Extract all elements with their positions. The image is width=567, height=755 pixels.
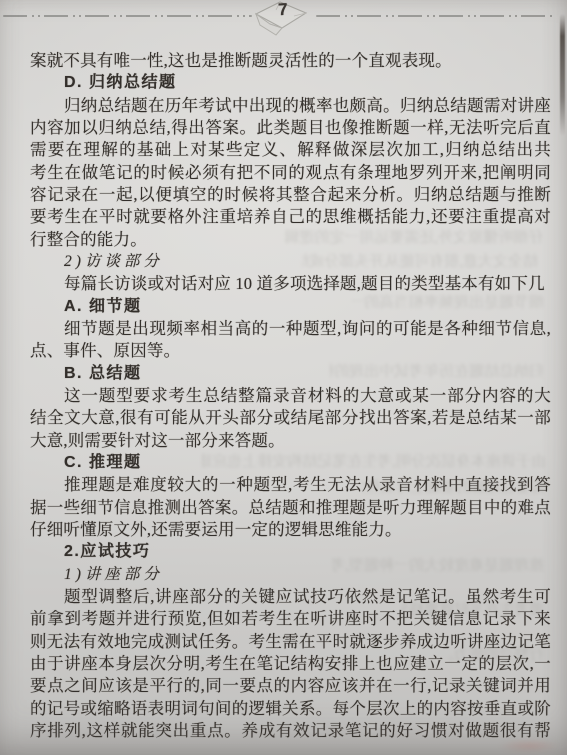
header-rule-left [3, 15, 252, 17]
text-line: 仔细听懂原文外,还需要运用一定的逻辑思维能力。 [30, 519, 551, 541]
text-line: C. 推理题 [30, 452, 551, 474]
text-line: 要点之间应该是平行的,同一要点的内容应该并在一行,记录关键词并用自己惯用 [30, 675, 551, 697]
text-line: 序排列,这样就能突出重点。养成有效记录笔记的好习惯对做题很有帮助,使考生 [30, 720, 551, 742]
text-line: 案就不具有唯一性,这也是推断题灵活性的一个直观表现。 [30, 50, 551, 72]
scanned-page: 7 案就不具有唯一性,这也是推断题灵活性的一个直观表现。D. 归纳总结题归纳总结… [0, 0, 567, 755]
scan-smudge [499, 739, 559, 753]
text-line: 由于讲座本身层次分明,考生在笔记结构安排上也应建立一定的层次,一般要点与 [30, 653, 551, 675]
text-line: 内容加以归纳总结,得出答案。此类题目也像推断题一样,无法听完后直接作答,而 [30, 117, 551, 139]
text-line: 容记录在一起,以便填空的时候将其整合起来分析。归纳总结题与推断题一样,需 [30, 184, 551, 206]
page-number-badge: 7 [250, 0, 314, 40]
text-line: B. 总结题 [30, 363, 551, 385]
text-line: 则无法有效地完成测试任务。考生需在平时就逐步养成边听讲座边记笔记的习惯。 [30, 631, 551, 653]
scan-edge-shadow [560, 14, 565, 136]
text-line: 需要在理解的基础上对某些定义、解释做深层次加工,归纳总结出共性。这就要求 [30, 139, 551, 161]
text-line: 的记号或缩略语表明词句间的逻辑关系。每个层次上的内容按垂直或阶梯式的顺 [30, 698, 551, 720]
text-line: 行整合的能力。 [30, 229, 551, 251]
text-line: 细节题是出现频率相当高的一种题型,询问的可能是各种细节信息,如时间、地 [30, 318, 551, 340]
text-line: 题型调整后,讲座部分的关键应试技巧依然是记笔记。虽然考生可以在听录音 [30, 586, 551, 608]
text-line: 1)讲座部分 [30, 564, 551, 586]
text-line: 每篇长访谈或对话对应 10 道多项选择题,题目的类型基本有如下几种: [30, 273, 551, 295]
text-line: 2)访谈部分 [30, 251, 551, 273]
page-body: 案就不具有唯一性,这也是推断题灵活性的一个直观表现。D. 归纳总结题归纳总结题在… [30, 50, 551, 742]
text-line: 归纳总结题在历年考试中出现的概率也颇高。归纳总结题需对讲座中的一段 [30, 95, 551, 117]
text-line: 推理题是难度较大的一种题型,考生无法从录音材料中直接找到答案,只有根 [30, 474, 551, 496]
text-line: 这一题型要求考生总结整篇录音材料的大意或某一部分内容的大意。若是总 [30, 385, 551, 407]
text-line: 结全文大意,很有可能从开头部分或结尾部分找出答案,若是总结某一部分内容的 [30, 407, 551, 429]
text-line: A. 细节题 [30, 296, 551, 318]
text-line: 考生在做笔记的时候必须有把不同的观点有条理地罗列开来,把阐明同一观点的内 [30, 162, 551, 184]
text-line: 大意,则需要针对这一部分来答题。 [30, 430, 551, 452]
text-line: 据一些细节信息推测出答案。总结题和推理题是听力理解题目中的难点所在,除了 [30, 497, 551, 519]
text-line: 2.应试技巧 [30, 541, 551, 563]
text-line: 前拿到考题并进行预览,但如若考生在听讲座时不把关键信息记录下来填入空格, [30, 608, 551, 630]
page-number: 7 [272, 0, 293, 21]
header-rule-right [316, 15, 556, 17]
text-line: 要考生在平时就要格外注重培养自己的思维概括能力,还要注重提高对记录内容进 [30, 206, 551, 228]
text-line: D. 归纳总结题 [30, 72, 551, 94]
text-line: 点、事件、原因等。 [30, 340, 551, 362]
